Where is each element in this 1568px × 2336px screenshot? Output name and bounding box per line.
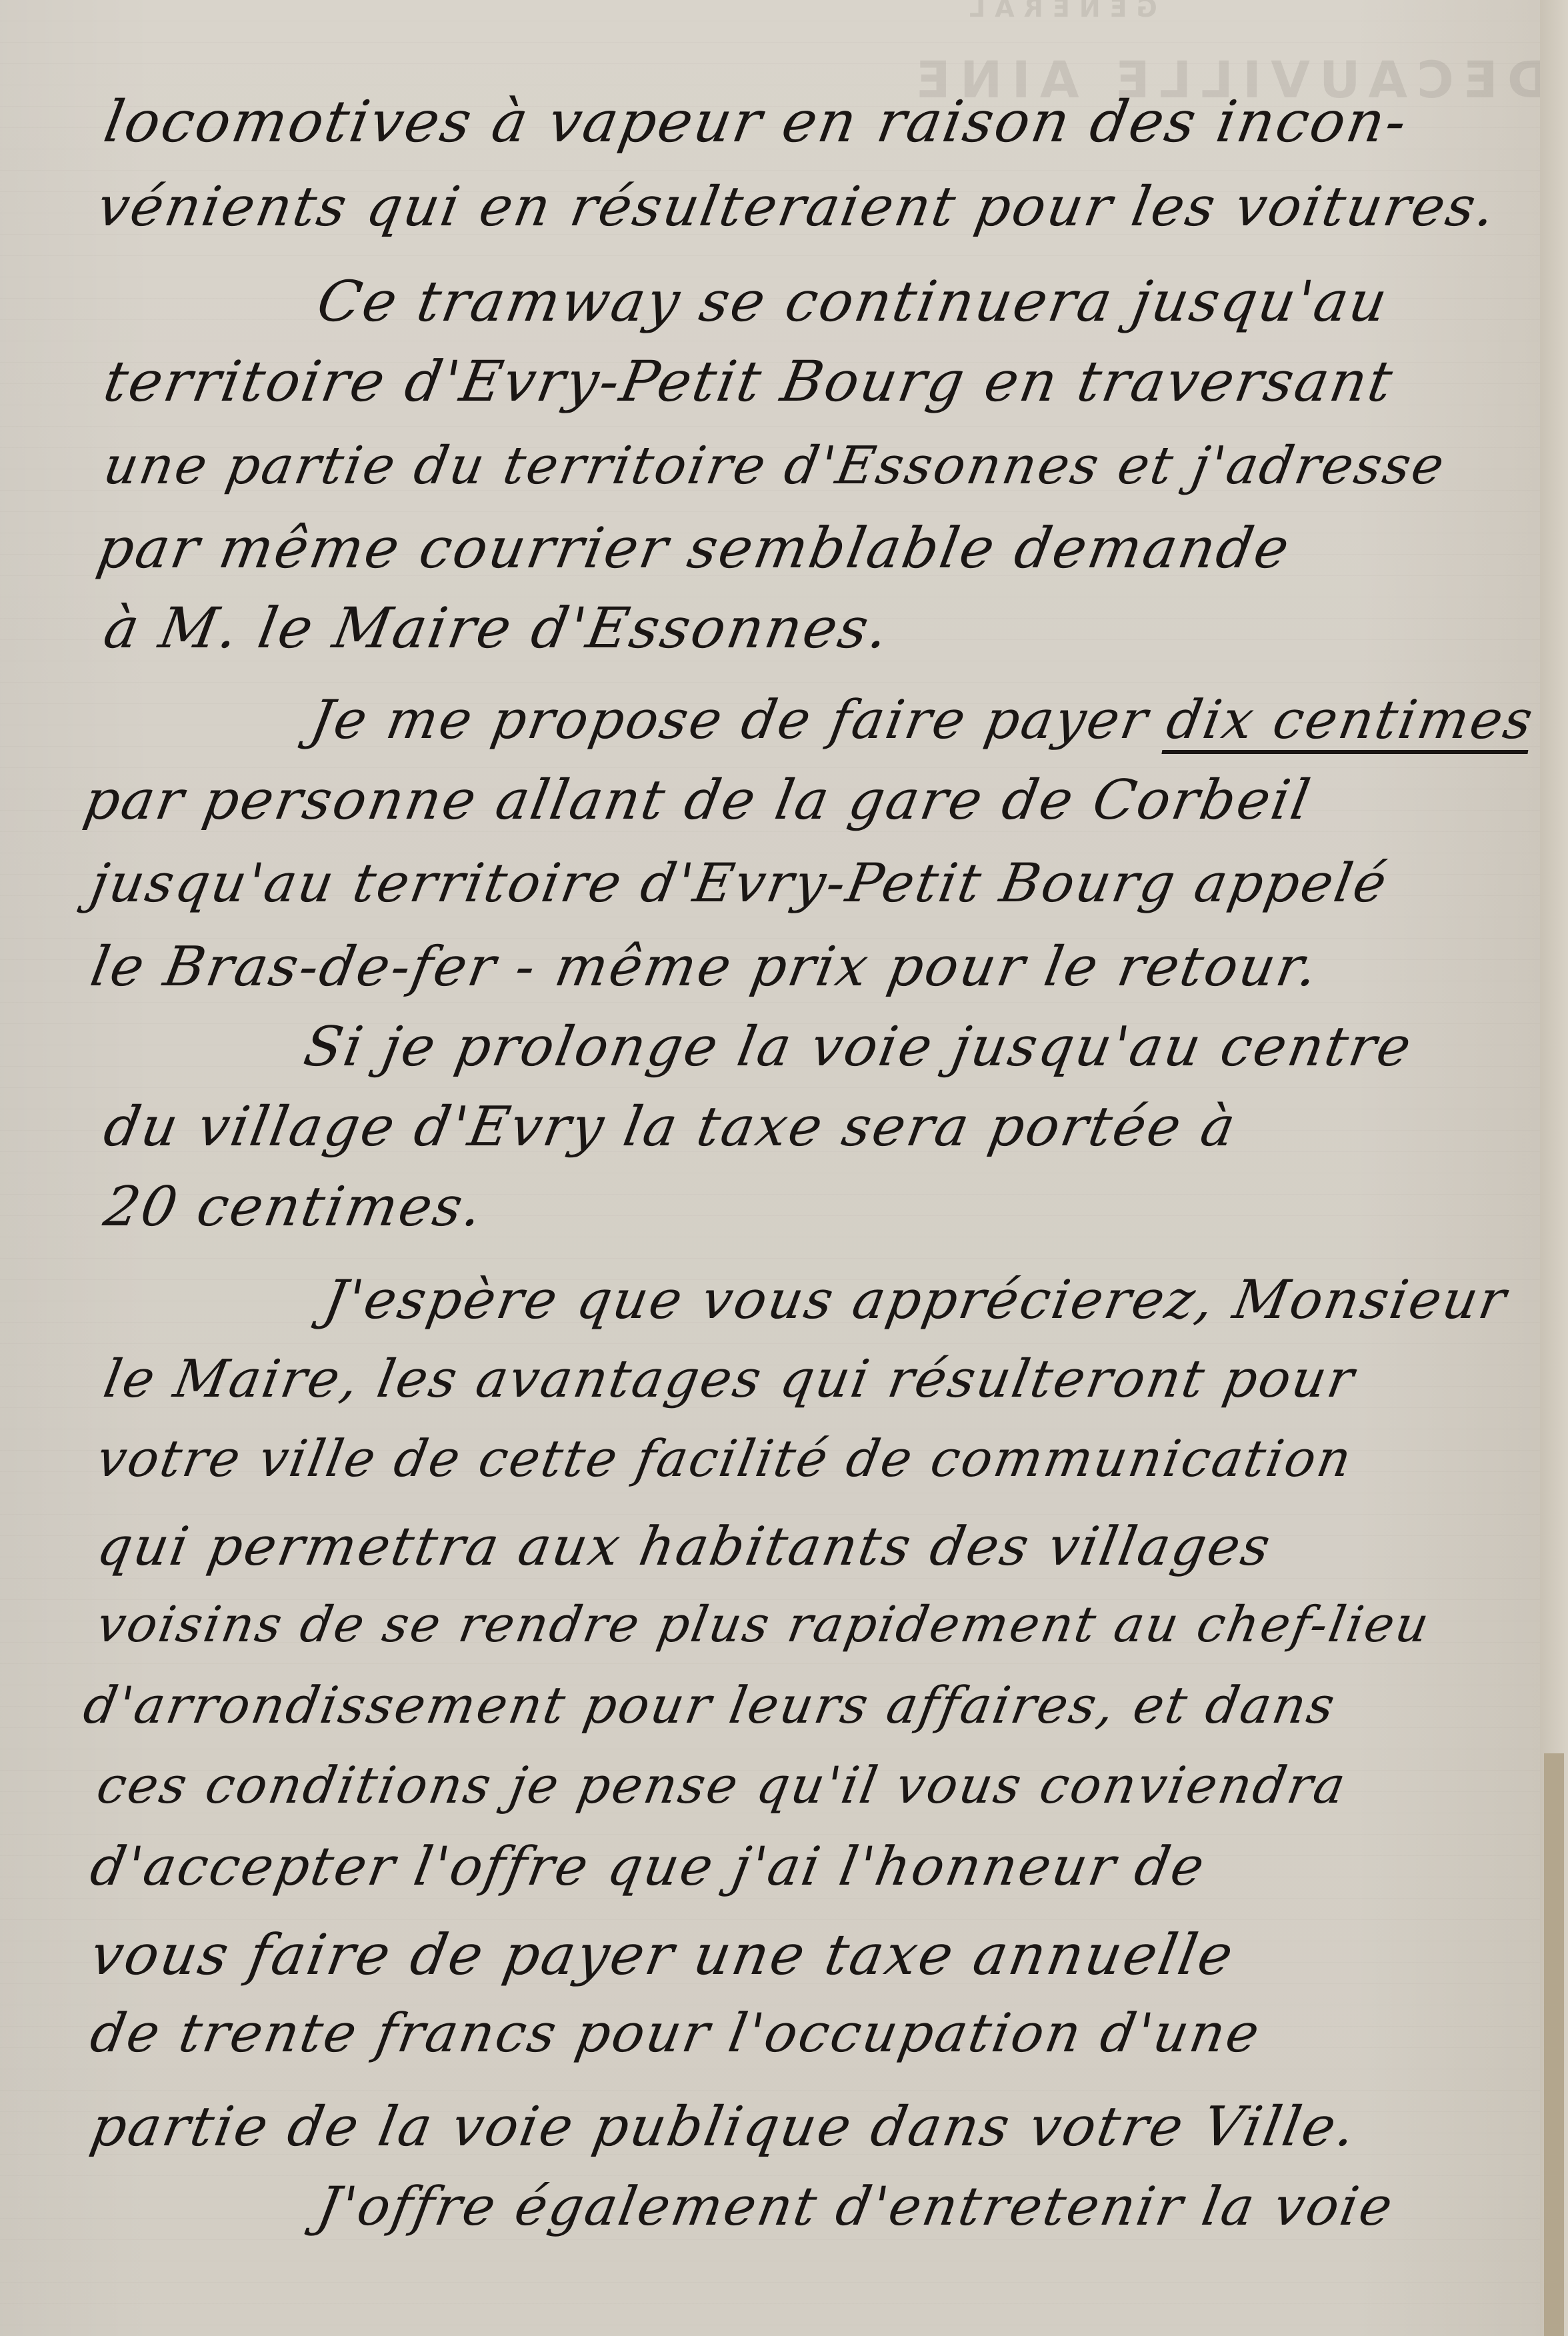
letter-line: le Bras-de-fer - même prix pour le retou… bbox=[87, 940, 1323, 995]
letter-line: de trente francs pour l'occupation d'une bbox=[87, 2007, 1265, 2060]
letter-line: vénients qui en résulteraient pour les v… bbox=[93, 180, 1501, 235]
letter-line: votre ville de cette facilité de communi… bbox=[93, 1433, 1357, 1484]
letter-line: le Maire, les avantages qui résulteront … bbox=[100, 1353, 1359, 1405]
letter-line-with-emphasis: Je me propose de faire payer dix centime… bbox=[307, 693, 1538, 747]
letter-line: partie de la voie publique dans votre Vi… bbox=[87, 2100, 1361, 2155]
underlying-page-edge bbox=[1544, 1753, 1564, 2336]
letter-line: ces conditions je pense qu'il vous convi… bbox=[93, 1760, 1351, 1811]
letter-line: par même courrier semblable demande bbox=[93, 520, 1295, 576]
letter-line-text: Je me propose de faire payer bbox=[306, 689, 1173, 751]
letter-line: du village d'Evry la taxe sera portée à bbox=[100, 1100, 1241, 1155]
letter-page: GÉNÉRAL DECAUVILLE AINE locomotives à va… bbox=[0, 0, 1540, 2336]
letter-line: jusqu'au territoire d'Evry-Petit Bourg a… bbox=[87, 857, 1392, 910]
handwritten-letter-body: locomotives à vapeur en raison des incon… bbox=[0, 0, 1540, 2336]
letter-line: par personne allant de la gare de Corbei… bbox=[80, 773, 1315, 828]
letter-line: voisins de se rendre plus rapidement au … bbox=[93, 1600, 1434, 1649]
letter-line: J'offre également d'entretenir la voie bbox=[313, 2180, 1398, 2233]
letter-line: à M. le Maire d'Essonnes. bbox=[100, 600, 894, 656]
letter-line: qui permettra aux habitants des villages bbox=[93, 1520, 1276, 1573]
letter-line: d'arrondissement pour leurs affaires, et… bbox=[80, 1680, 1340, 1731]
underlined-amount: dix centimes bbox=[1162, 689, 1539, 751]
letter-line: 20 centimes. bbox=[100, 1180, 488, 1235]
letter-line: d'accepter l'offre que j'ai l'honneur de bbox=[87, 1840, 1210, 1893]
letter-line: une partie du territoire d'Essonnes et j… bbox=[100, 440, 1449, 492]
letter-line: Ce tramway se continuera jusqu'au bbox=[313, 273, 1393, 329]
letter-line: territoire d'Evry-Petit Bourg en travers… bbox=[100, 353, 1398, 409]
letter-line: locomotives à vapeur en raison des incon… bbox=[100, 93, 1413, 151]
letter-line: vous faire de payer une taxe annuelle bbox=[87, 1927, 1239, 1983]
letter-line: Si je prolonge la voie jusqu'au centre bbox=[300, 1020, 1417, 1075]
letter-line: J'espère que vous apprécierez, Monsieur bbox=[320, 1273, 1511, 1327]
